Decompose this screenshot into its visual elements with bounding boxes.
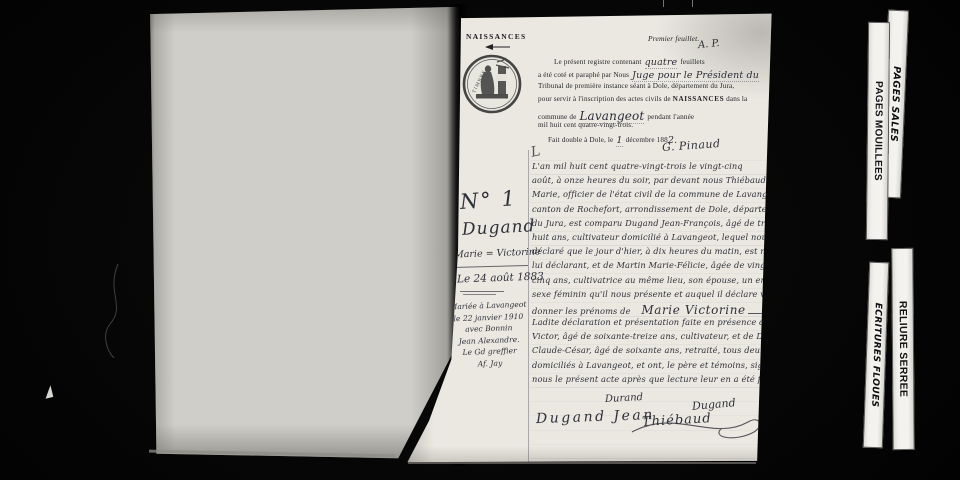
- act-line: L'an mil huit cent quatre-vingt-trois le…: [532, 161, 770, 175]
- witness-signature: Durand: [605, 392, 644, 405]
- act-line: Claude-César, âgé de soixante ans, retra…: [532, 345, 770, 359]
- act-line: déclaré que le jour d'hier, à dix heures…: [532, 246, 770, 260]
- flag-tab-ecritures-floues: ECRITURES FLOUES: [863, 262, 889, 449]
- act-line: nous le présent acte après que lecture l…: [532, 374, 770, 388]
- act-line: août, à onze heures du soir, par devant …: [532, 175, 770, 189]
- stamp-figure-head: [485, 65, 491, 72]
- act-line: huit ans, cultivateur domicilié à Lavang…: [532, 232, 770, 246]
- act-line: lui déclarant, et de Martin Marie-Félici…: [532, 260, 770, 274]
- sheet-paraph: A. P.: [697, 38, 720, 51]
- margin-underline: [460, 291, 504, 292]
- sheet-number-label: Premier feuillet.: [648, 34, 699, 43]
- flag-label: ECRITURES FLOUES: [869, 302, 883, 407]
- birth-act-body: L'an mil huit cent quatre-vingt-trois le…: [532, 161, 770, 388]
- arrow-icon: [484, 43, 512, 51]
- act-line: domiciliés à Lavangeot, et ont, le père …: [532, 360, 770, 374]
- archive-scan-view: NAISSANCES TIMBRE Premier feuillet. A. P…: [0, 0, 960, 480]
- child-name: Marie Victorine: [641, 303, 745, 317]
- acts-type-label: NAISSANCES: [673, 95, 725, 103]
- clerk-signature: G. Pinaud: [662, 137, 721, 154]
- flag-label: RELIURE SERREE: [897, 301, 910, 397]
- preamble-line: Fait double à Dole, le1décembre 1882.: [548, 134, 677, 145]
- flag-tab-pages-mouillees: PAGES MOUILLEES: [866, 22, 890, 240]
- margin-surname: Dugand: [462, 216, 536, 240]
- preamble-line: a été coté et paraphé par NousJuge pour …: [538, 69, 762, 80]
- fill-rule: [748, 305, 788, 314]
- act-child-name-line: donner les prénoms de Marie Victorine: [532, 303, 770, 317]
- act-line: Ladite déclaration et présentation faite…: [532, 317, 770, 331]
- margin-rule-line: [528, 150, 529, 468]
- preamble-line: pour servir à l'inscription des actes ci…: [538, 95, 747, 103]
- act-line: cinq ans, cultivatrice au même lieu, son…: [532, 275, 770, 289]
- preamble-line: Le présent registre contenantquatrefeuil…: [554, 56, 705, 67]
- fillin-sheet-count: quatre: [645, 57, 678, 69]
- preamble-line: commune deLavangeotpendant l'année: [538, 108, 694, 122]
- flag-label: PAGES MOUILLEES: [872, 81, 884, 181]
- stamp-icon: TIMBRE: [460, 52, 524, 116]
- act-line: du Jura, est comparu Dugand Jean-Françoi…: [532, 218, 770, 232]
- margin-marriage-note: Mariée à Lavangeot le 22 janvier 1910 av…: [449, 299, 529, 371]
- act-line: Victor, âgé de soixante-treize ans, cult…: [532, 331, 770, 345]
- signature-flourish-icon: [626, 408, 776, 442]
- margin-underline: [463, 294, 496, 295]
- act-paraph-flourish: L: [529, 143, 541, 161]
- act-line: sexe féminin qu'il nous présente et auqu…: [532, 289, 770, 303]
- scan-tick-mark: [692, 0, 693, 7]
- preamble-line: Tribunal de première instance séant à Do…: [538, 82, 734, 90]
- act-line: canton de Rochefort, arrondissement de D…: [532, 204, 770, 218]
- paper-speck: [43, 385, 54, 399]
- fillin-authority: Juge pour le Président du: [632, 70, 759, 82]
- fillin-day: 1: [616, 135, 622, 147]
- scratch-mark: [98, 262, 132, 362]
- act-line: Marie, officier de l'état civil de la co…: [532, 189, 770, 203]
- left-blank-page: [147, 5, 461, 461]
- flag-tab-reliure-serree: RELIURE SERREE: [891, 248, 914, 450]
- page-bottom-edge: [408, 462, 756, 464]
- preamble-line: mil huit cent quatre-vingt-trois.: [538, 121, 633, 129]
- margin-divider-line: [452, 265, 528, 268]
- margin-act-number: N° 1: [459, 186, 517, 214]
- register-title: NAISSANCES: [466, 32, 527, 41]
- scan-tick-mark: [663, 0, 664, 7]
